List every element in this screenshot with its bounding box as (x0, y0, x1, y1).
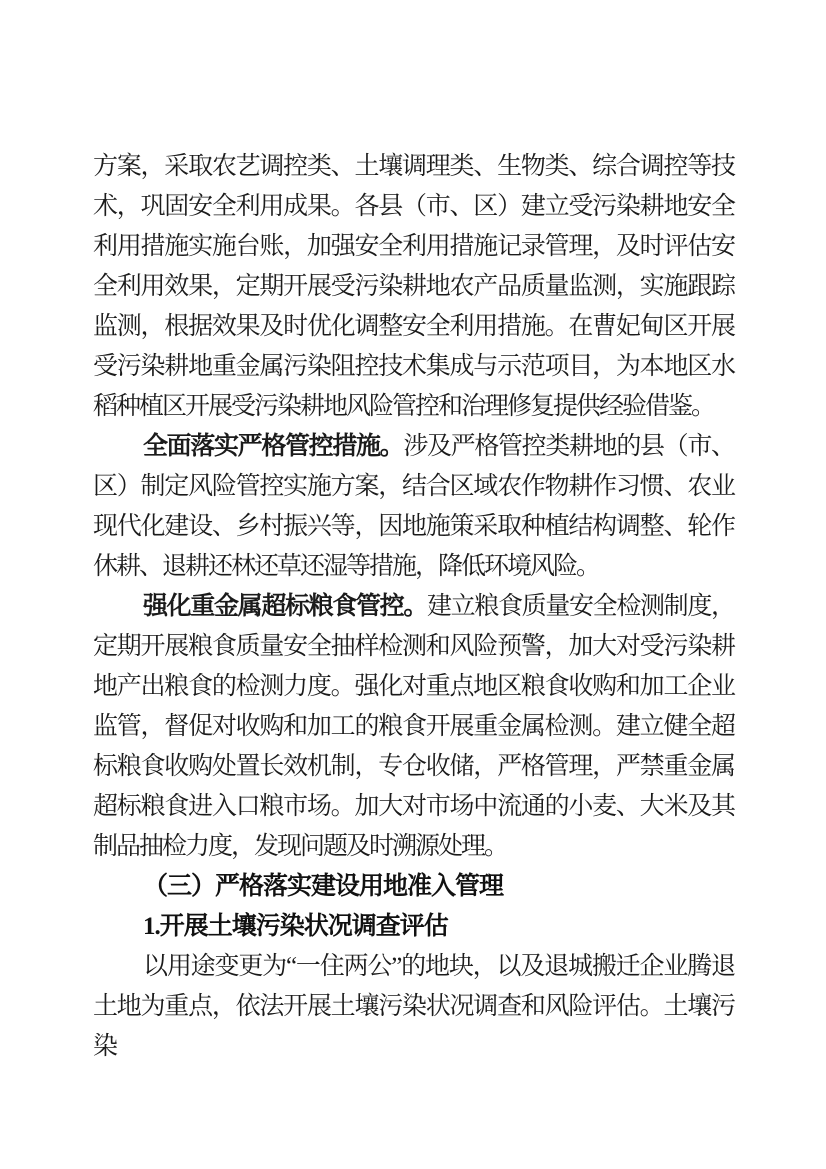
paragraph-bold-lead: 强化重金属超标粮食管控。 (143, 593, 427, 620)
subsection-heading-soil-survey: 1.开展土壤污染状况调查评估 (93, 907, 734, 947)
paragraph-continuation: 方案，采取农艺调控类、土壤调理类、生物类、综合调控等技术，巩固安全利用成果。各县… (93, 147, 734, 427)
paragraph-bold-lead: 全面落实严格管控措施。 (143, 433, 403, 460)
paragraph-text: 方案，采取农艺调控类、土壤调理类、生物类、综合调控等技术，巩固安全利用成果。各县… (93, 153, 734, 420)
paragraph-text: 建立粮食质量安全检测制度，定期开展粮食质量安全抽样检测和风险预警，加大对受污染耕… (93, 593, 734, 860)
paragraph-grain-control: 强化重金属超标粮食管控。建立粮食质量安全检测制度，定期开展粮食质量安全抽样检测和… (93, 587, 734, 867)
section-heading-construction-land: （三）严格落实建设用地准入管理 (93, 867, 734, 907)
paragraph-land-survey: 以用途变更为“一住两公”的地块，以及退城搬迁企业腾退土地为重点，依法开展土壤污染… (93, 947, 734, 1067)
paragraph-strict-control: 全面落实严格管控措施。涉及严格管控类耕地的县（市、区）制定风险管控实施方案，结合… (93, 427, 734, 587)
paragraph-text: 以用途变更为“一住两公”的地块，以及退城搬迁企业腾退土地为重点，依法开展土壤污染… (93, 953, 734, 1060)
document-page: 方案，采取农艺调控类、土壤调理类、生物类、综合调控等技术，巩固安全利用成果。各县… (0, 0, 826, 1169)
